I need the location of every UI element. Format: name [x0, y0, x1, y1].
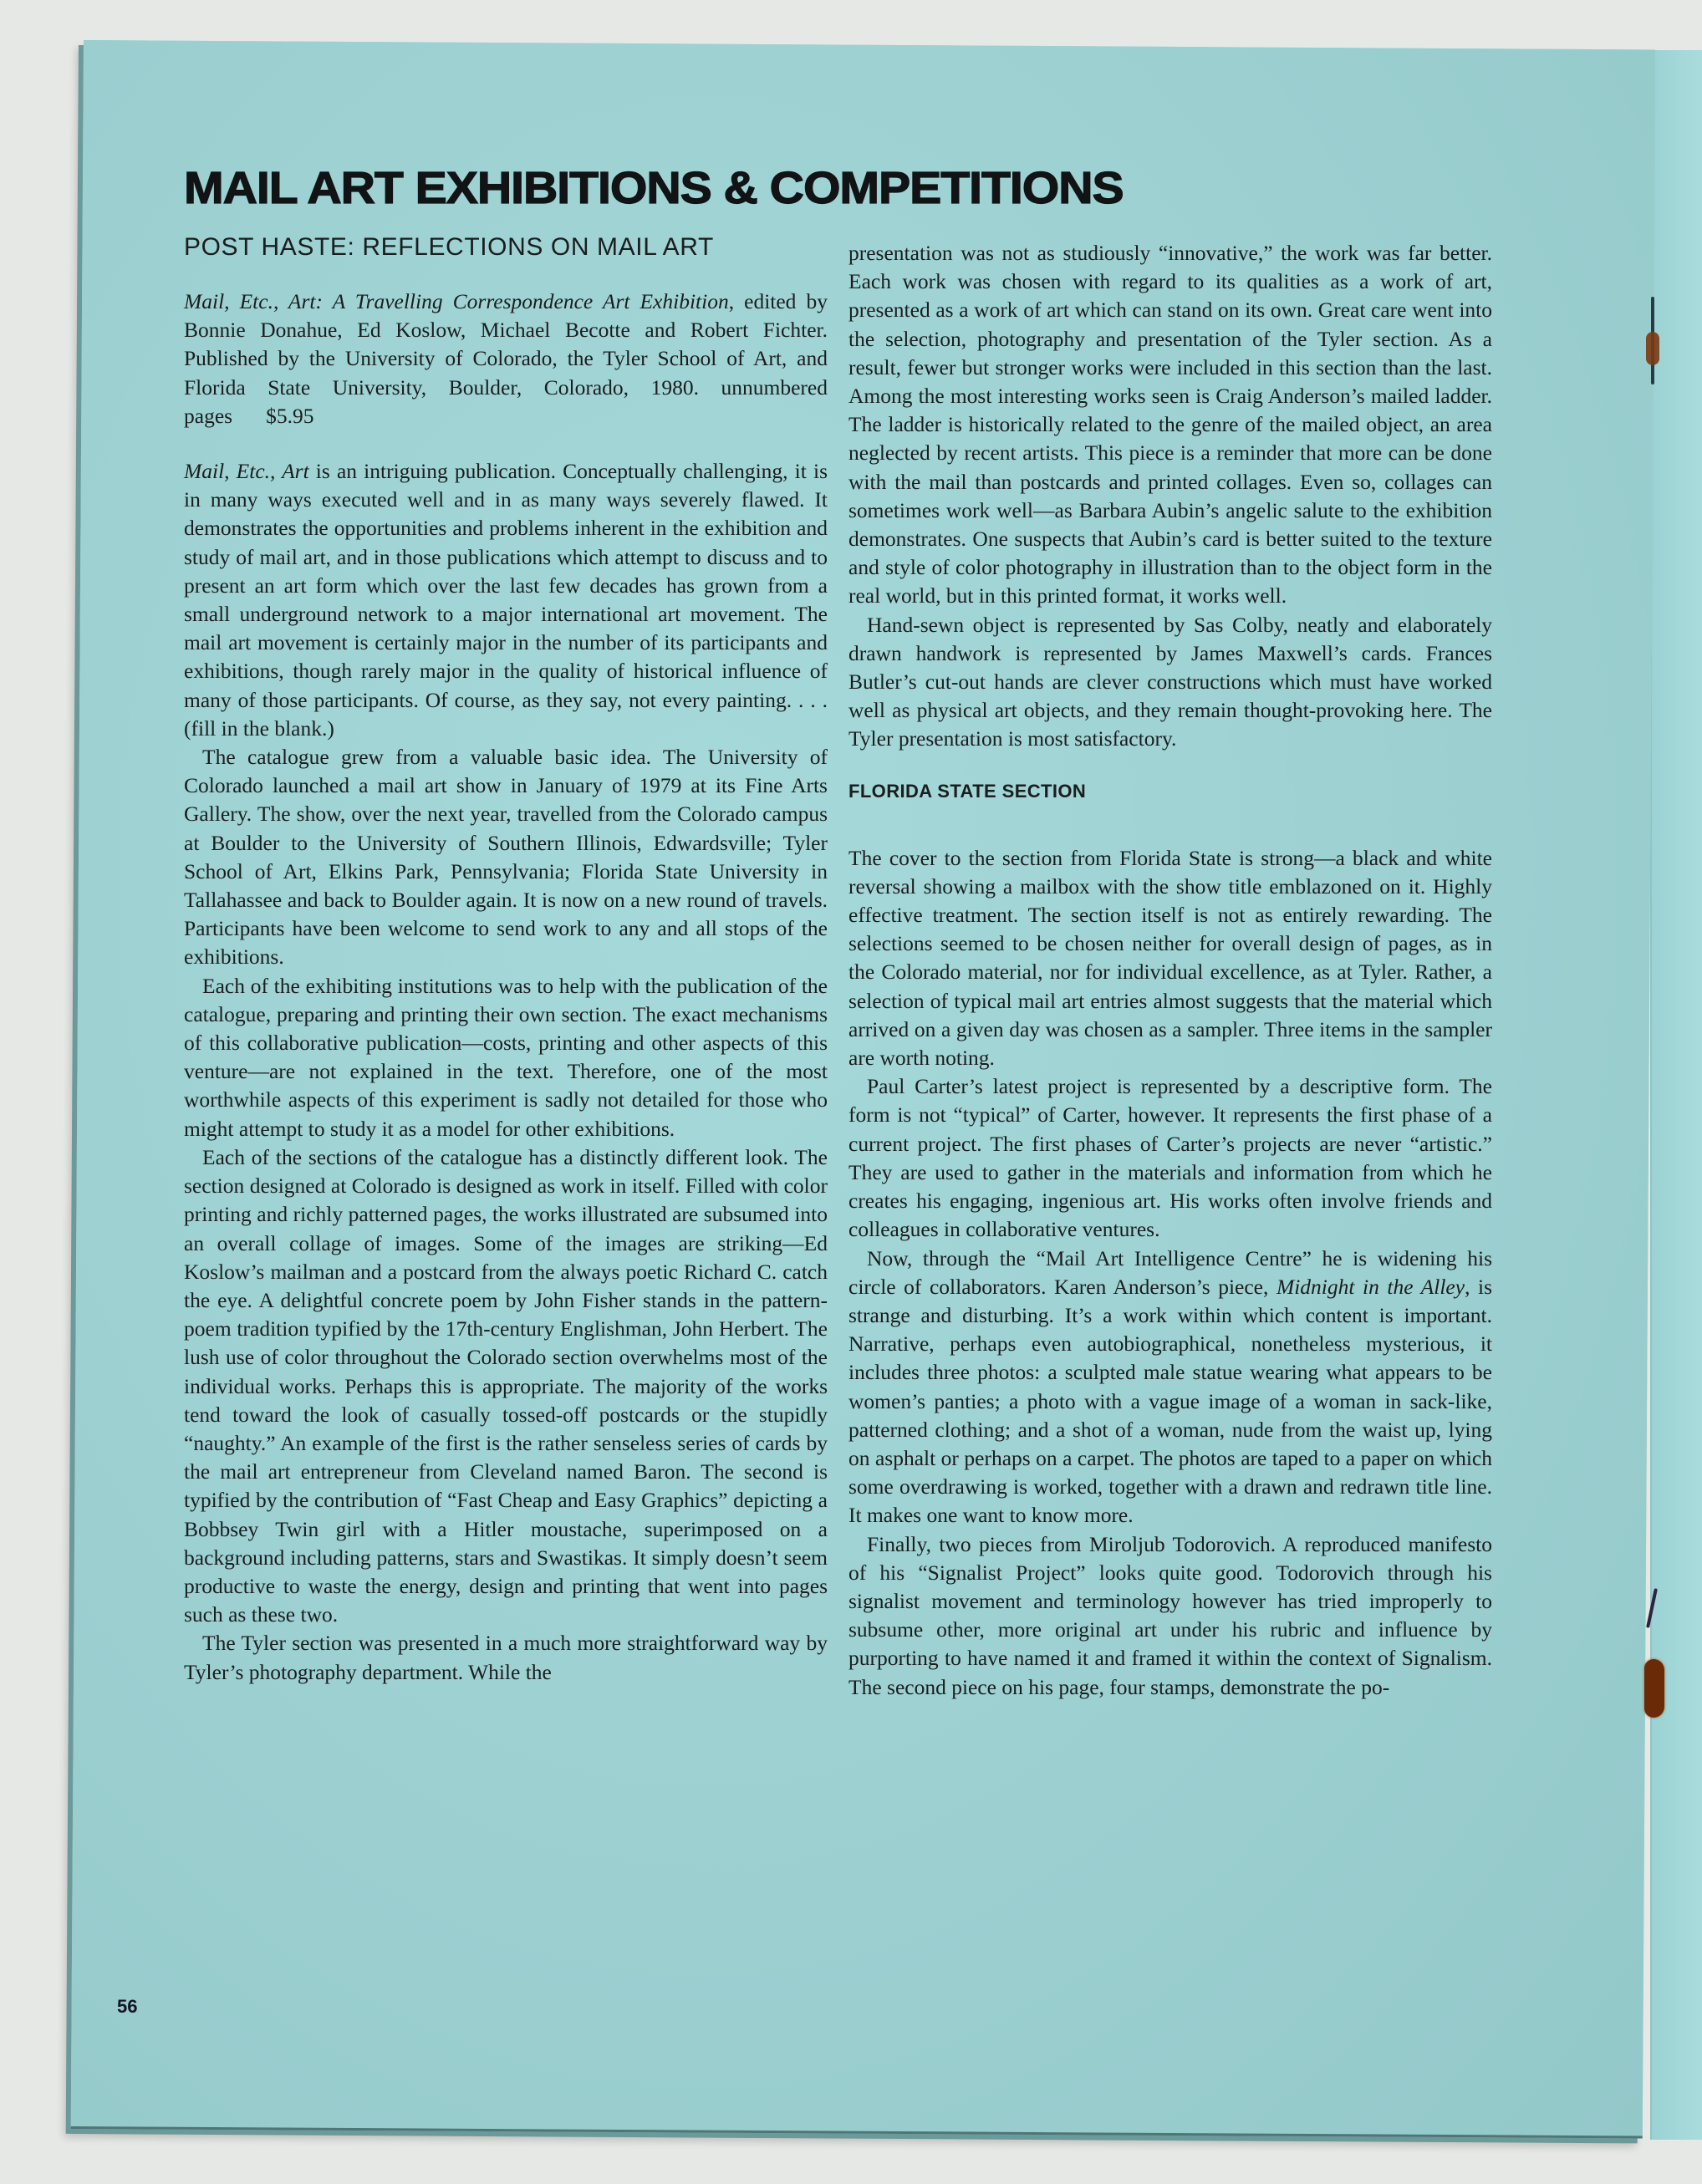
paragraph: The catalogue grew from a valuable basic… [184, 743, 828, 972]
book-title: Mail, Etc., Art: A Travelling Correspond… [184, 289, 729, 313]
paragraph: Paul Carter’s latest project is represen… [848, 1072, 1492, 1244]
paragraph: Each of the exhibiting institutions was … [184, 972, 828, 1143]
paragraph: presentation was not as studiously “inno… [848, 239, 1492, 611]
section-title: MAIL ART EXHIBITIONS & COMPETITIONS [184, 165, 1124, 211]
rust-stain [1646, 332, 1659, 365]
paragraph: Each of the sections of the catalogue ha… [184, 1143, 828, 1629]
section-heading-florida: FLORIDA STATE SECTION [848, 779, 1492, 804]
publication-name: Mail, Etc., Art [184, 459, 309, 483]
paragraph: The cover to the section from Florida St… [848, 844, 1492, 1073]
paragraph: Mail, Etc., Art is an intriguing publica… [184, 457, 828, 743]
paragraph: Hand-sewn object is represented by Sas C… [848, 611, 1492, 754]
right-column: presentation was not as studiously “inno… [848, 239, 1492, 1702]
staple-icon [1649, 297, 1656, 389]
left-column: POST HASTE: REFLECTIONS ON MAIL ART Mail… [184, 231, 828, 1687]
paragraph-text: , is strange and disturbing. It’s a work… [848, 1275, 1492, 1528]
article-title: POST HASTE: REFLECTIONS ON MAIL ART [184, 231, 828, 264]
paragraph: Finally, two pieces from Miroljub Todoro… [848, 1530, 1492, 1702]
artwork-title: Midnight in the Alley [1276, 1275, 1465, 1299]
paragraph: Now, through the “Mail Art Intelligence … [848, 1245, 1492, 1530]
staple-icon [1643, 1588, 1668, 1722]
rust-stain [1644, 1659, 1664, 1718]
page-number: 56 [117, 1996, 137, 2018]
bibliography-entry: Mail, Etc., Art: A Travelling Correspond… [184, 288, 828, 430]
paragraph-text: is an intriguing publication. Conceptual… [184, 459, 828, 741]
book-price: $5.95 [266, 404, 313, 428]
facing-page-edge [1650, 50, 1702, 2140]
paragraph: The Tyler section was presented in a muc… [184, 1629, 828, 1686]
staple-wire [1646, 1588, 1658, 1628]
